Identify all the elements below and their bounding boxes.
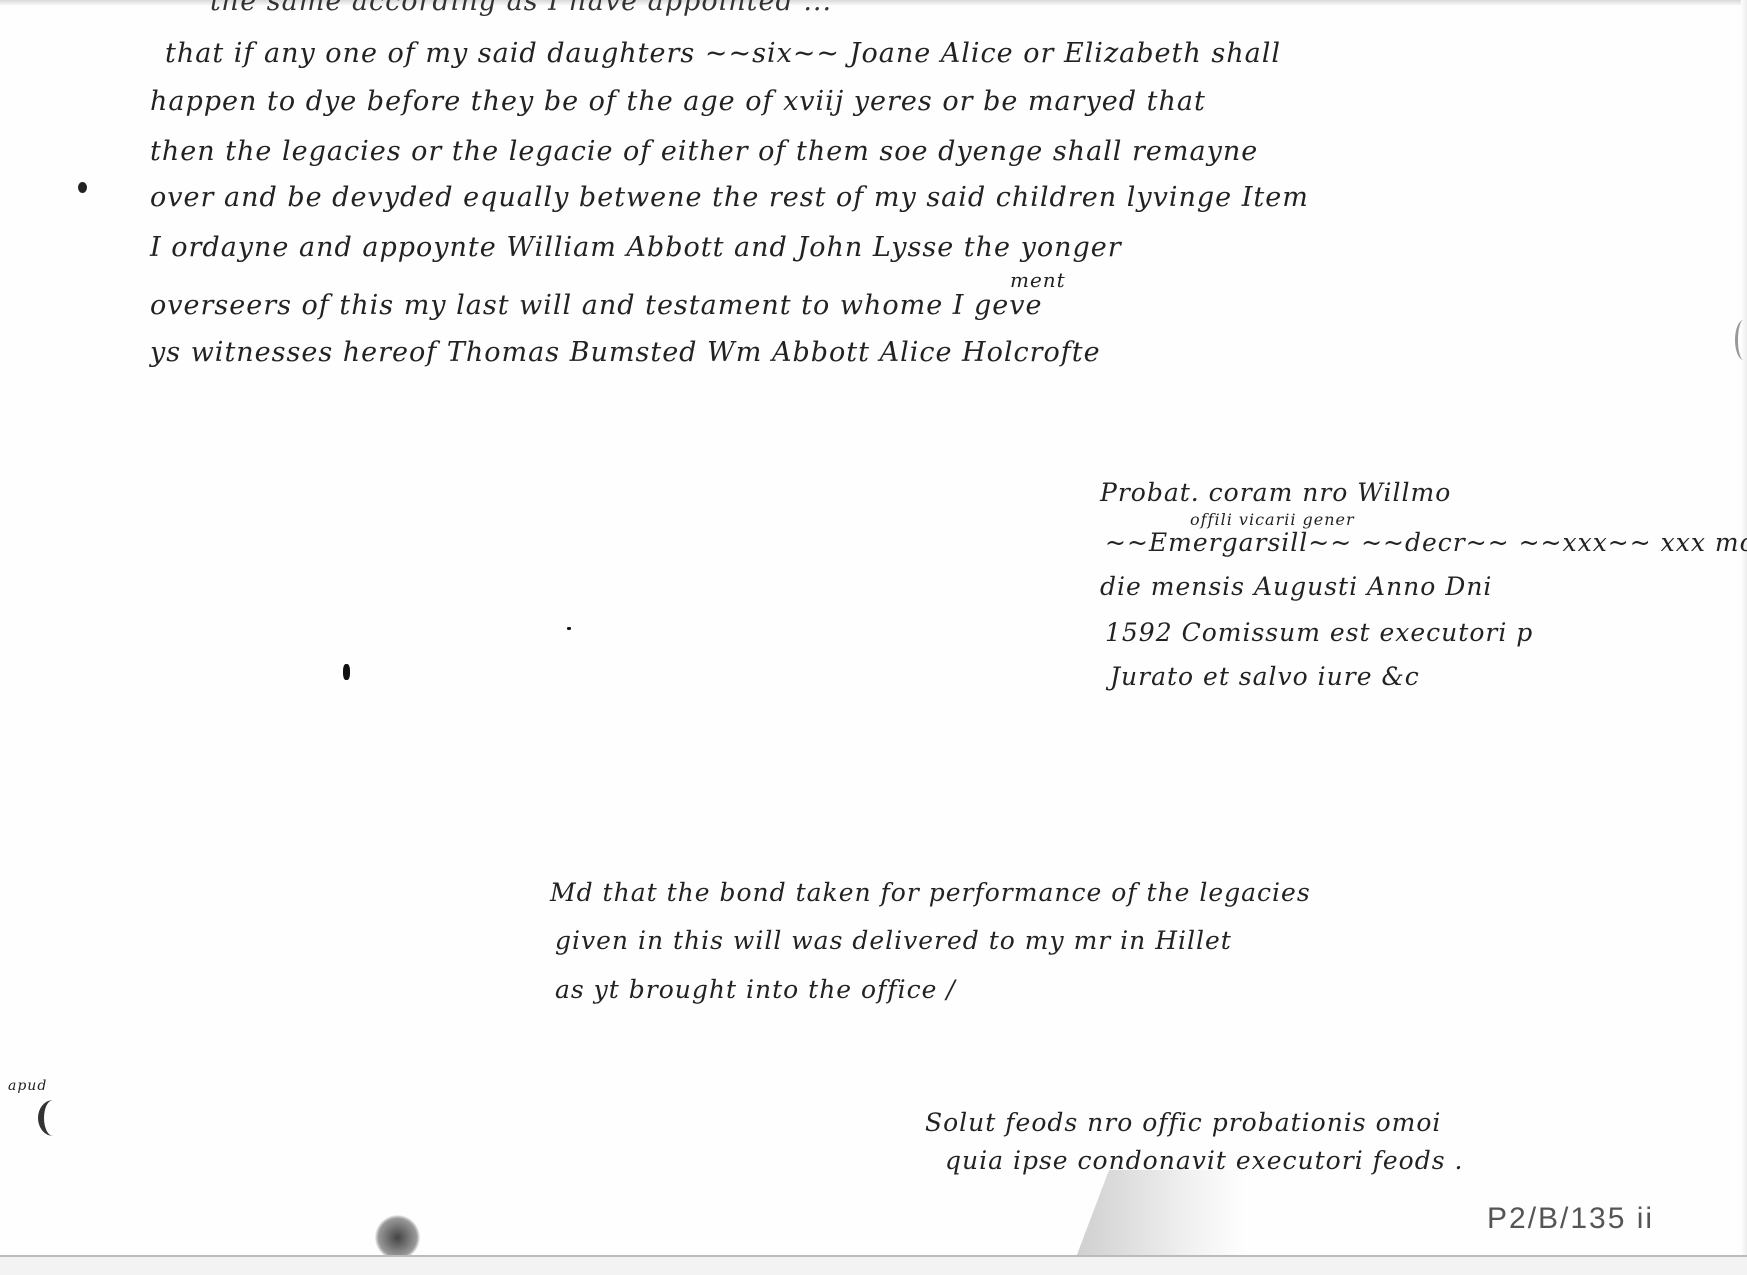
ink-speck bbox=[567, 627, 571, 630]
torn-bottom-edge bbox=[0, 1255, 1747, 1275]
archive-shelfmark: P2/B/135 ii bbox=[1487, 1202, 1654, 1236]
final-note-line-1: quia ipse condonavit executori feods . bbox=[945, 1146, 1463, 1175]
probate-line-4: Jurato et salvo iure &c bbox=[1110, 662, 1420, 691]
margin-bracket bbox=[1735, 320, 1747, 360]
will-line-0: the same according as I have appointed .… bbox=[210, 0, 832, 17]
will-line-3: then the legacies or the legacie of eith… bbox=[150, 136, 1258, 167]
right-edge-shadow bbox=[1741, 0, 1747, 1275]
margin-mark: apud bbox=[8, 1078, 47, 1094]
probate-line-0: Probat. coram nro Willmo bbox=[1100, 478, 1451, 507]
will-line-2: happen to dye before they be of the age … bbox=[150, 86, 1206, 117]
ink-stain bbox=[375, 1215, 420, 1260]
ink-blot bbox=[343, 664, 350, 680]
inserted-superscript: ment bbox=[1010, 268, 1066, 292]
probate-line-3: 1592 Comissum est executori p bbox=[1105, 618, 1533, 647]
manuscript-page: the same according as I have appointed .… bbox=[0, 0, 1747, 1275]
will-line-5: I ordayne and appoynte William Abbott an… bbox=[150, 232, 1122, 263]
will-line-4: over and be devyded equally betwene the … bbox=[150, 182, 1309, 213]
will-line-7: ys witnesses hereof Thomas Bumsted Wm Ab… bbox=[150, 337, 1101, 368]
will-line-1: that if any one of my said daughters ~~s… bbox=[165, 38, 1281, 69]
margin-crescent-mark bbox=[38, 1100, 68, 1136]
margin-dot bbox=[78, 182, 87, 193]
will-line-6: overseers of this my last will and testa… bbox=[150, 290, 1043, 321]
probate-interlinear: offili vicarii gener bbox=[1190, 510, 1355, 529]
final-note-line-0: Solut feods nro offic probationis omoi bbox=[925, 1108, 1441, 1137]
memorandum-line-2: as yt brought into the office / bbox=[555, 975, 956, 1004]
memorandum-line-1: given in this will was delivered to my m… bbox=[555, 926, 1232, 955]
probate-line-2: die mensis Augusti Anno Dni bbox=[1100, 572, 1492, 601]
memorandum-line-0: Md that the bond taken for performance o… bbox=[550, 878, 1311, 907]
probate-line-1: ~~Emergarsill~~ ~~decr~~ ~~xxx~~ xxx mo bbox=[1105, 528, 1747, 557]
paper-fold-shadow bbox=[1075, 1170, 1245, 1260]
